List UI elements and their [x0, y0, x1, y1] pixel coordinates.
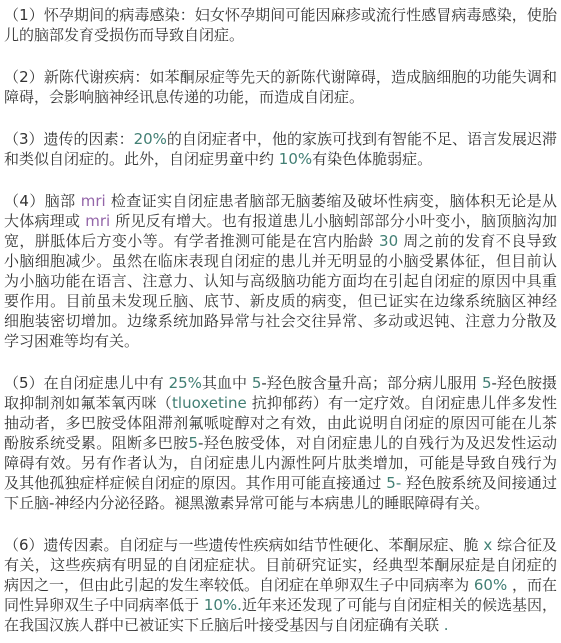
text-run: （6）遗传因素。自闭症与一些遗传性疾病如结节性硬化、苯酮尿症、脆 — [4, 536, 483, 554]
paragraph-5: （5）在自闭症患儿中有 25%其血中 5-羟色胺含量升高；部分病儿服用 5-羟色… — [4, 373, 557, 513]
highlighted-value: x — [483, 536, 492, 554]
text-run: （3）遗传的因素： — [4, 130, 134, 148]
paragraph-3: （3）遗传的因素：20%的自闭症者中，他的家族可找到有智能不足、语言发展迟滞和类… — [4, 129, 557, 169]
highlighted-value: 5 — [252, 374, 262, 392]
highlighted-value: 10% — [279, 150, 312, 168]
highlighted-value: 25% — [169, 374, 202, 392]
highlighted-term: mri — [81, 192, 106, 210]
text-run: 其血中 — [202, 374, 252, 392]
highlighted-term: mri — [85, 212, 110, 230]
text-run: （2）新陈代谢疾病：如苯酮尿症等先天的新陈代谢障碍，造成脑细胞的功能失调和障碍，… — [4, 68, 557, 106]
highlighted-value: 20% — [134, 130, 167, 148]
highlighted-value: 5- — [386, 474, 401, 492]
highlighted-value: 5 — [188, 434, 198, 452]
highlighted-value: . — [444, 616, 449, 634]
highlighted-value: 10%. — [204, 596, 242, 614]
highlighted-value: 30 — [379, 232, 398, 250]
paragraph-6: （6）遗传因素。自闭症与一些遗传性疾病如结节性硬化、苯酮尿症、脆 x 综合征及有… — [4, 535, 557, 635]
highlighted-value: tluoxetine — [172, 394, 247, 412]
paragraph-2: （2）新陈代谢疾病：如苯酮尿症等先天的新陈代谢障碍，造成脑细胞的功能失调和障碍，… — [4, 67, 557, 107]
paragraph-4: （4）脑部 mri 检查证实自闭症患者脑部无脑萎缩及破坏性病变，脑体积无论是从大… — [4, 191, 557, 351]
text-run: （5）在自闭症患儿中有 — [4, 374, 169, 392]
text-run: 有染色体脆弱症。 — [312, 150, 432, 168]
document-body: （1）怀孕期间的病毒感染：妇女怀孕期间可能因麻疹或流行性感冒病毒感染，使胎儿的脑… — [4, 5, 557, 635]
text-run: （4）脑部 — [4, 192, 81, 210]
highlighted-value: 60% — [474, 576, 507, 594]
paragraph-1: （1）怀孕期间的病毒感染：妇女怀孕期间可能因麻疹或流行性感冒病毒感染，使胎儿的脑… — [4, 5, 557, 45]
text-run: -羟色胺含量升高；部分病儿服用 — [261, 374, 482, 392]
text-run: （1）怀孕期间的病毒感染：妇女怀孕期间可能因麻疹或流行性感冒病毒感染，使胎儿的脑… — [4, 6, 557, 44]
